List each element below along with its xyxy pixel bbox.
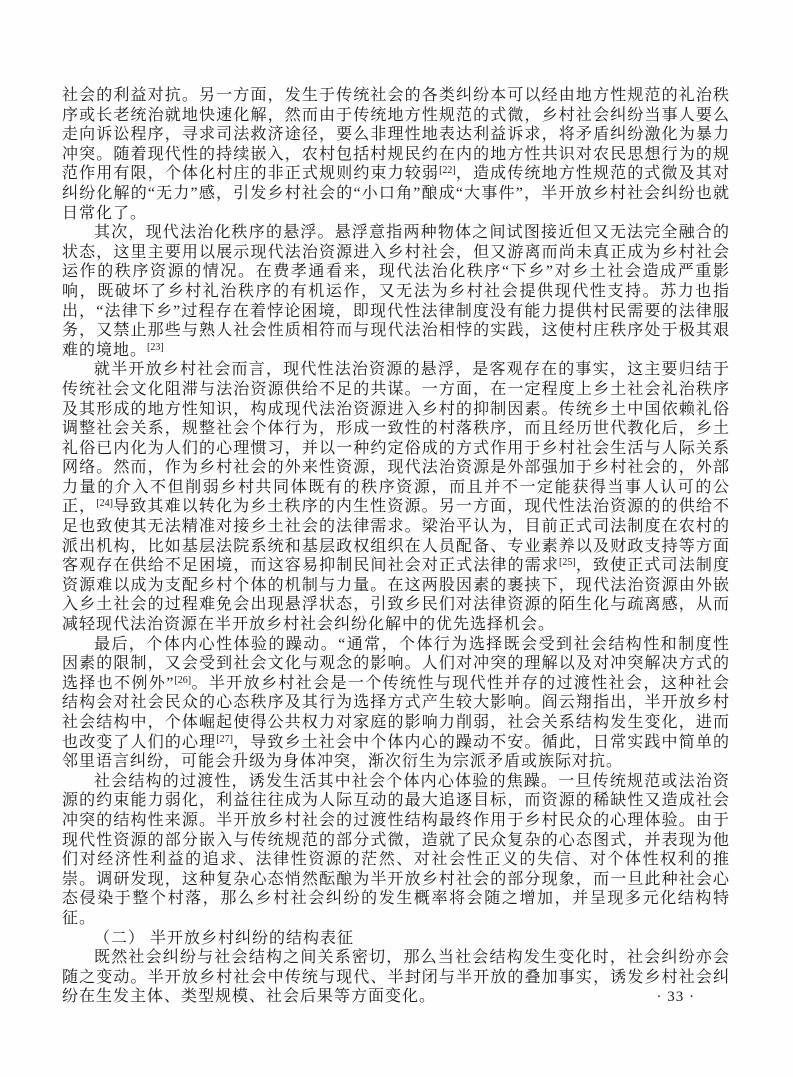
citation-marker: [22] [439, 165, 456, 176]
paragraph-text: 社会结构的过渡性，诱发生活其中社会个体内心体验的焦躁。一旦传统规范或法治资源的约… [62, 773, 730, 927]
paragraph-text: 既然社会纠纷与社会结构之间关系密切，那么当社会结构发生变化时，社会纠纷亦会随之变… [62, 949, 730, 1005]
citation-marker: [27] [216, 734, 233, 745]
paragraph: 社会结构的过渡性，诱发生活其中社会个体内心体验的焦躁。一旦传统规范或法治资源的约… [62, 772, 730, 929]
paragraph: 最后，个体内心性体验的躁动。“通常，个体行为选择既会受到社会结构性和制度性因素的… [62, 635, 730, 772]
paragraph: 既然社会纠纷与社会结构之间关系密切，那么当社会结构发生变化时，社会纠纷亦会随之变… [62, 948, 730, 1007]
paragraph-text: （二） 半开放乡村纠纷的结构表征 [94, 930, 354, 947]
paragraph-text: 其次，现代法治化秩序的悬浮。悬浮意指两种物体之间试图接近但又无法完全融合的状态，… [62, 224, 730, 359]
paragraph: 就半开放乡村社会而言，现代性法治资源的悬浮，是客观存在的事实，这主要归结于传统社… [62, 360, 730, 634]
citation-marker: [23] [147, 342, 164, 353]
page-number: · 33 · [657, 989, 696, 1006]
page-body: 社会的利益对抗。另一方面，发生于传统社会的各类纠纷本可以经由地方性规范的礼治秩序… [62, 86, 730, 1007]
paragraph: 其次，现代法治化秩序的悬浮。悬浮意指两种物体之间试图接近但又无法完全融合的状态，… [62, 223, 730, 360]
citation-marker: [25] [559, 557, 576, 568]
citation-marker: [26] [174, 675, 191, 686]
paragraph: 社会的利益对抗。另一方面，发生于传统社会的各类纠纷本可以经由地方性规范的礼治秩序… [62, 86, 730, 223]
paragraph-text: 就半开放乡村社会而言，现代性法治资源的悬浮，是客观存在的事实，这主要归结于传统社… [62, 361, 730, 515]
citation-marker: [24] [96, 498, 113, 509]
journal-page: 社会的利益对抗。另一方面，发生于传统社会的各类纠纷本可以经由地方性规范的礼治秩序… [0, 0, 793, 1077]
section-heading: （二） 半开放乡村纠纷的结构表征 [62, 929, 730, 949]
